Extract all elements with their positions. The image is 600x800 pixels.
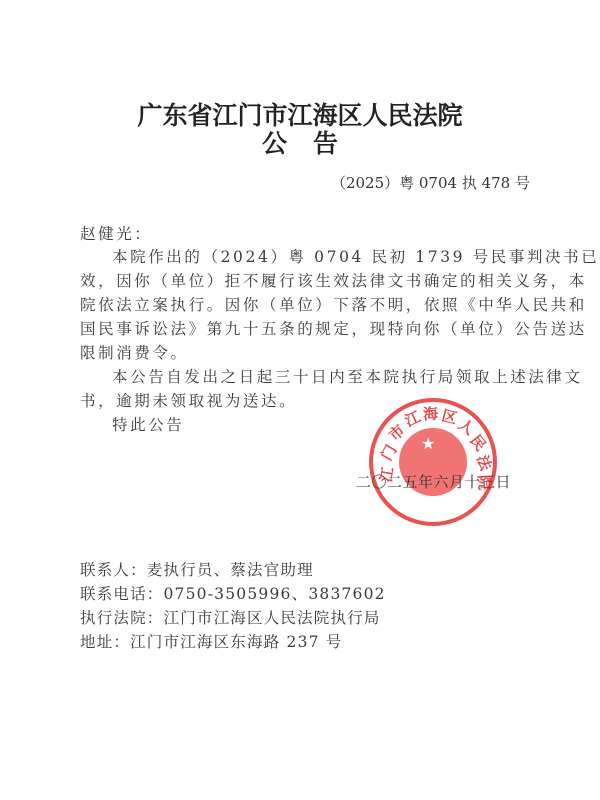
document-number: （2025）粤 0704 执 478 号 — [331, 172, 530, 193]
issue-date: 二〇二五年六月十三日 — [356, 471, 511, 492]
contact-phone: 联系电话：0750-3505996、3837602 — [80, 582, 386, 604]
contact-person: 联系人：麦执行员、蔡法官助理 — [80, 558, 314, 580]
executing-court: 执行法院：江门市江海区人民法院执行局 — [80, 606, 381, 628]
body-line: 限制消费令。 — [80, 341, 189, 363]
body-line: 本院作出的（2024）粤 0704 民初 1739 号民事判决书已经生 — [112, 245, 600, 267]
addressee: 赵健光： — [80, 222, 152, 244]
star-icon: ★ — [421, 434, 435, 453]
court-address: 地址：江门市江海区东海路 237 号 — [80, 630, 343, 652]
body-line: 效，因你（单位）拒不履行该生效法律文书确定的相关义务，本 — [80, 269, 587, 291]
body-line: 院依法立案执行。因你（单位）下落不明，依照《中华人民共和 — [80, 293, 587, 315]
court-seal: ★ 江 门 市 江 海 区 人 民 法 院 — [369, 398, 497, 526]
document-type-title: 公告 — [0, 124, 600, 160]
body-line: 书，逾期未领取视为送达。 — [80, 389, 297, 411]
body-line: 国民事诉讼法》第九十五条的规定，现特向你（单位）公告送达 — [80, 317, 587, 339]
body-line: 本公告自发出之日起三十日内至本院执行局领取上述法律文 — [112, 365, 583, 387]
closing-text: 特此公告 — [112, 413, 184, 435]
